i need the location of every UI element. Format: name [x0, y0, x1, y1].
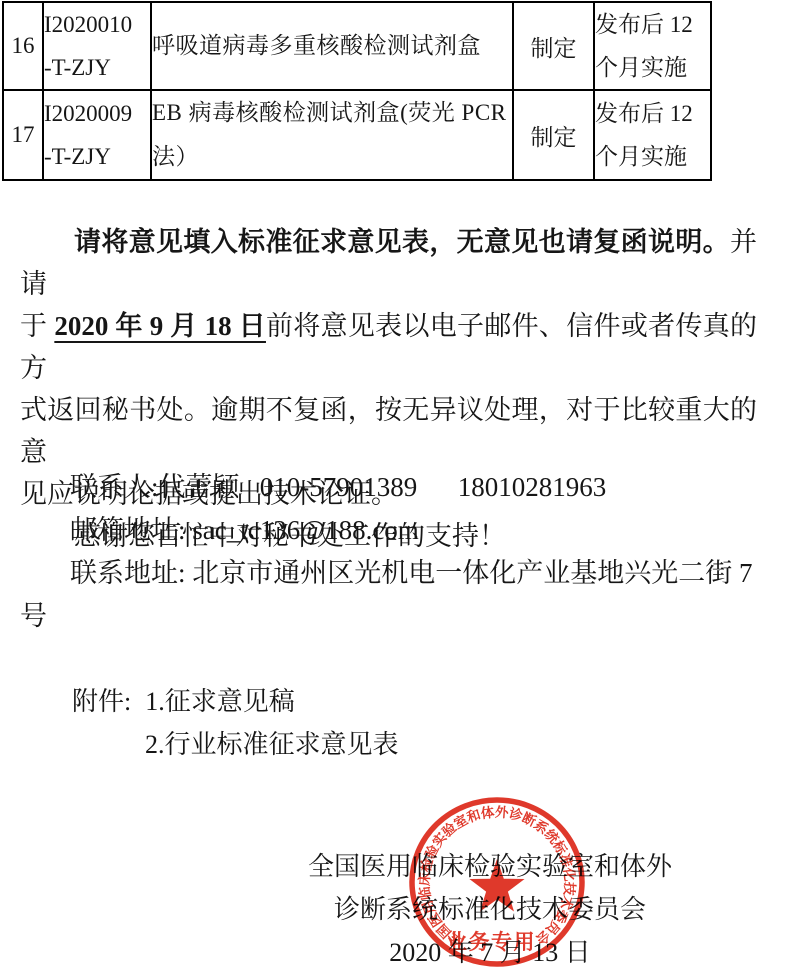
- contact-address-line: 联系地址: 北京市通州区光机电一体化产业基地兴光二街 7: [20, 552, 753, 595]
- attachment-line: 附件:1.征求意见稿: [20, 680, 399, 723]
- body-line: 式返回秘书处。逾期不复函，按无异议处理，对于比较重大的意: [20, 389, 757, 473]
- standard-name-line: 法）: [152, 135, 512, 179]
- bold-request-text: 请将意见填入标准征求意见表，无意见也请复函说明。: [74, 227, 730, 257]
- attachments-label: 附件:: [72, 687, 131, 716]
- implementation-line: 发布后 12: [595, 92, 710, 135]
- contact-block: 联系人:代蕾颖 010-57901389 18010281963 邮箱地址: s…: [20, 466, 753, 638]
- official-seal: 全国医用临床检验实验室和体外诊断系统标准化技术委员会 业务专用: [408, 796, 586, 970]
- body-line-text: 式返回秘书处。逾期不复函，按无异议处理，对于比较重大的意: [20, 395, 757, 467]
- standard-code-line: I2020010: [44, 3, 150, 46]
- implementation-line: 个月实施: [595, 46, 710, 89]
- action-type-cell: 制定: [513, 90, 594, 180]
- body-line-text: 于: [20, 311, 54, 341]
- standard-name-cell: EB 病毒核酸检测试剂盒(荧光 PCR 法）: [151, 90, 513, 180]
- standard-code-line: I2020009: [44, 92, 150, 135]
- standard-name-line: 呼吸道病毒多重核酸检测试剂盒: [152, 24, 512, 68]
- standard-code-line: -T-ZJY: [44, 46, 150, 89]
- standard-code-cell: I2020009 -T-ZJY: [43, 90, 151, 180]
- document-page: 16 I2020010 -T-ZJY 呼吸道病毒多重核酸检测试剂盒 制定 发布后…: [0, 0, 800, 973]
- body-line: 请将意见填入标准征求意见表，无意见也请复函说明。并请: [20, 221, 757, 305]
- standard-name-cell: 呼吸道病毒多重核酸检测试剂盒: [151, 2, 513, 90]
- contact-person-line: 联系人:代蕾颖 010-57901389 18010281963: [20, 466, 753, 509]
- attachment-item: 2.行业标准征求意见表: [20, 723, 399, 766]
- attachments-block: 附件:1.征求意见稿 2.行业标准征求意见表: [20, 680, 399, 766]
- red-star-icon: [469, 859, 524, 912]
- standard-code-cell: I2020010 -T-ZJY: [43, 2, 151, 90]
- action-type-cell: 制定: [513, 2, 594, 90]
- standard-code-line: -T-ZJY: [44, 135, 150, 178]
- row-number-cell: 17: [3, 90, 43, 180]
- implementation-cell: 发布后 12 个月实施: [594, 2, 711, 90]
- implementation-line: 发布后 12: [595, 3, 710, 46]
- table-row: 17 I2020009 -T-ZJY EB 病毒核酸检测试剂盒(荧光 PCR 法…: [3, 90, 711, 180]
- contact-address-wrap-line: 号: [20, 595, 753, 638]
- attachment-item: 1.征求意见稿: [145, 687, 295, 716]
- seal-center-text: 业务专用: [446, 930, 536, 954]
- row-number-cell: 16: [3, 2, 43, 90]
- body-line: 于 2020 年 9 月 18 日前将意见表以电子邮件、信件或者传真的方: [20, 305, 757, 389]
- standards-table: 16 I2020010 -T-ZJY 呼吸道病毒多重核酸检测试剂盒 制定 发布后…: [2, 1, 712, 181]
- implementation-line: 个月实施: [595, 135, 710, 178]
- contact-email-line: 邮箱地址: sac_tc136@188.com: [20, 509, 753, 552]
- implementation-cell: 发布后 12 个月实施: [594, 90, 711, 180]
- standard-name-line: EB 病毒核酸检测试剂盒(荧光 PCR: [152, 91, 512, 135]
- table-row: 16 I2020010 -T-ZJY 呼吸道病毒多重核酸检测试剂盒 制定 发布后…: [3, 2, 711, 90]
- deadline-date-underlined: 2020 年 9 月 18 日: [54, 311, 266, 341]
